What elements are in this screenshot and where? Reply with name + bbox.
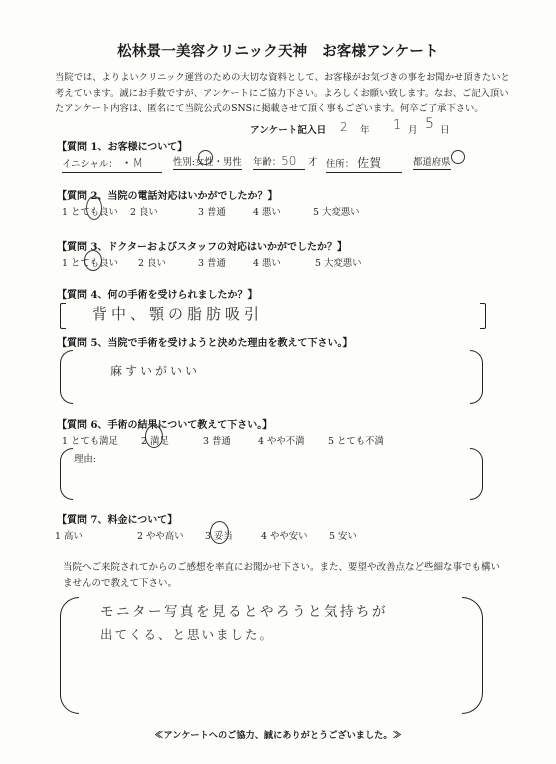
q7-heading: 【質問 7、料金について】 [57,511,177,526]
age-label: 年齢： [253,157,281,168]
month-unit: 月 [408,122,418,136]
date-month[interactable]: 1 [393,118,401,133]
q2-option-5[interactable]: 5 大変悪い [313,204,359,218]
q6-reason-field[interactable] [100,451,460,491]
day-unit: 日 [440,122,450,136]
date-year[interactable]: 2 [340,120,348,134]
age-unit: 才 [308,157,317,168]
intro-text: 当院では、よりよいクリニック運営のための大切な資料として、お客様がお気づきの事を… [55,70,515,117]
impressions-bracket-left [60,597,79,714]
q6-option-5[interactable]: 5 とても不満 [328,433,384,447]
date-label: アンケート記入日 [250,125,326,136]
q6-option-3[interactable]: 3 普通 [203,433,231,447]
q6-option-4[interactable]: 4 やや不満 [258,433,304,447]
q3-heading: 【質問 3、ドクターおよびスタッフの対応はいかがでしたか？】 [57,238,347,253]
q3-option-5[interactable]: 5 大変悪い [315,255,361,269]
q4-heading: 【質問 4、何の手術を受けられましたか？】 [57,286,257,301]
initial-value[interactable]: ・M [121,156,143,170]
year-unit: 年 [360,122,370,136]
q2-selected-circle [86,196,102,220]
q5-bracket-right [470,350,483,404]
q4-bracket-left [60,303,66,329]
q7-option-1[interactable]: 1 高い [55,528,83,542]
q1-heading: 【質問 1、お客様について】 [57,138,187,153]
impressions-bracket-right [462,597,483,714]
gender-label: 性別: [173,157,195,168]
initial-label: イニシャル： [62,159,118,170]
q7-option-4[interactable]: 4 やや安い [261,528,307,542]
q7-option-2[interactable]: 2 やや高い [137,528,183,542]
q7-selected-circle [210,521,229,544]
q2-option-2[interactable]: 2 良い [130,204,158,218]
impressions-prompt: 当院へご来院されてからのご感想を率直にお聞かせ下さい。また、要望や改善点など些細… [63,560,508,592]
q6-option-1[interactable]: 1 とても満足 [62,433,118,447]
q6-bracket-left [60,448,73,500]
q6-heading: 【質問 6、手術の結果について教えて下さい。】 [57,416,272,431]
address-unit[interactable]: 都道府県 [413,154,451,170]
q5-heading: 【質問 5、当院で手術を受けようと決めた理由を教えて下さい。】 [57,334,352,349]
q3-selected-circle [84,250,102,271]
q6-selected-circle [145,425,163,448]
q6-reason-label: 理由: [74,451,96,465]
impressions-answer-line2[interactable]: 出てくる、と思いました。 [100,625,274,643]
age-value[interactable]: 50 [281,154,296,168]
gender-selected-circle [198,150,213,165]
q1-row: イニシャル： ・M [62,154,162,173]
q3-option-2[interactable]: 2 良い [138,255,166,269]
address-label: 住所： [326,159,354,170]
survey-title: 松林景一美容クリニック天神 お客様アンケート [0,40,556,61]
q4-answer[interactable]: 背中、顎の脂肪吸引 [92,303,263,324]
date-row: アンケート記入日 [250,122,326,136]
footer-thanks: ≪アンケートへのご協力、誠にありがとうございました。≫ [0,727,556,741]
q2-option-3[interactable]: 3 普通 [198,204,226,218]
q4-bracket-right [480,303,486,329]
q2-option-4[interactable]: 4 悪い [253,204,281,218]
q3-option-3[interactable]: 3 普通 [198,255,226,269]
q3-option-4[interactable]: 4 悪い [253,255,281,269]
q7-option-5[interactable]: 5 安い [329,528,357,542]
q5-bracket-left [60,350,73,404]
q6-bracket-right [470,448,483,500]
address-value[interactable]: 佐賀 [357,156,381,170]
impressions-answer-line1[interactable]: モニター写真を見るとやろうと気持ちが [100,600,388,620]
q5-answer[interactable]: 麻すいがいい [110,362,200,379]
prefecture-selected-circle [451,150,465,164]
date-day[interactable]: 5 [425,116,434,132]
